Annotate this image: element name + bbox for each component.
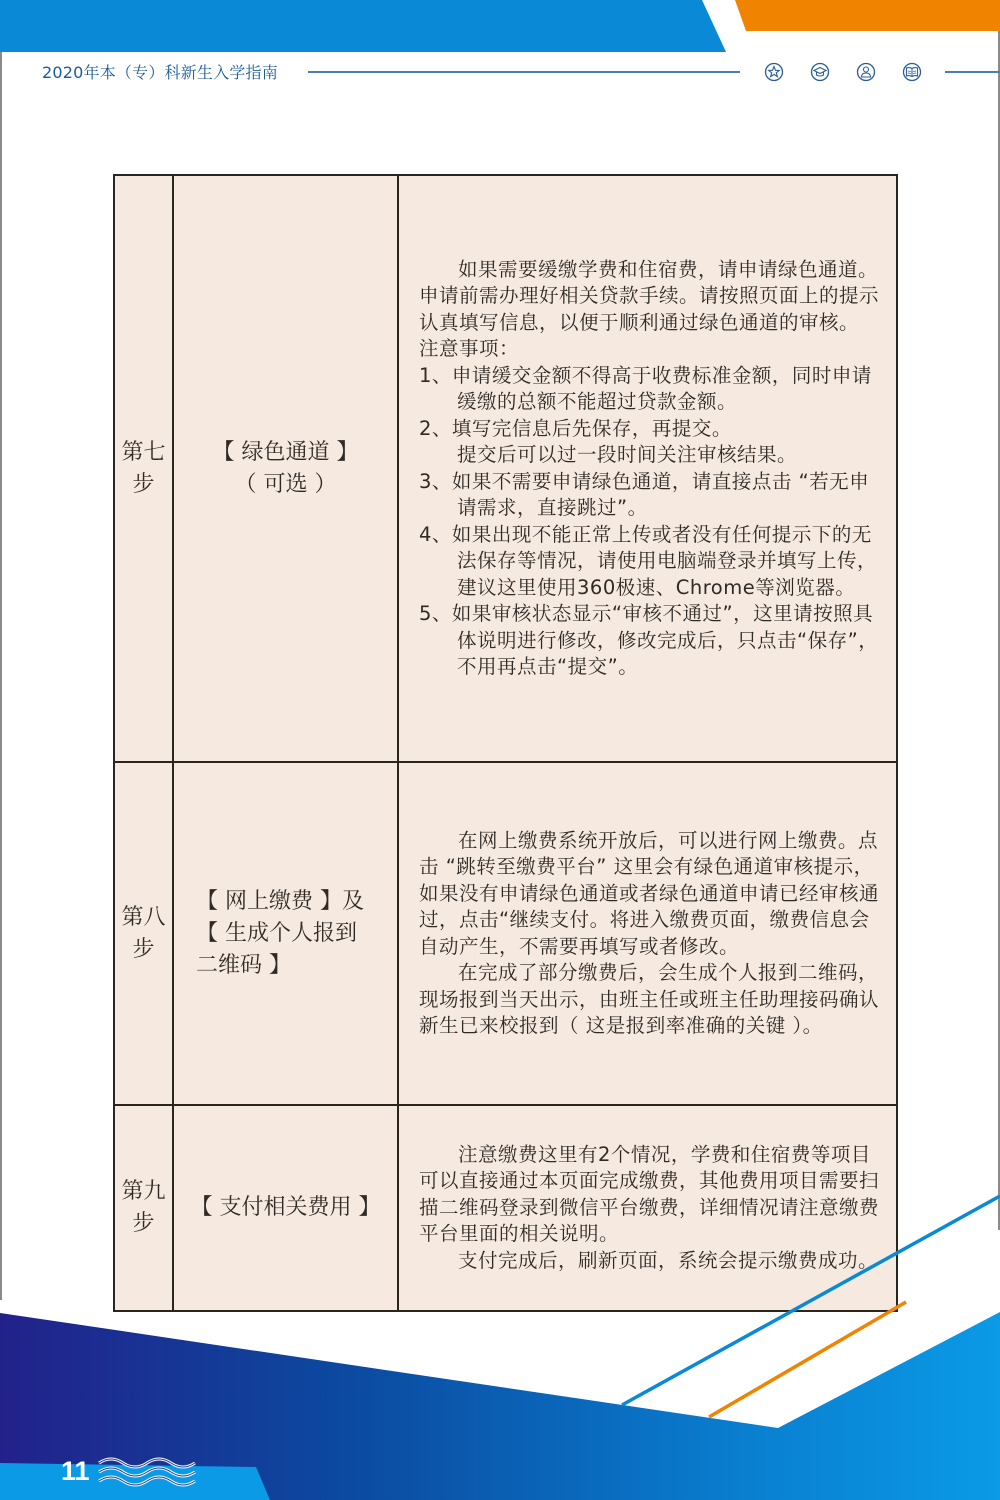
step-label-line: 步	[119, 934, 168, 966]
step-label: 第八 步	[114, 762, 173, 1105]
note-item: 2、填写完信息后先保存，再提交。	[419, 416, 884, 443]
note-item: 1、申请缓交金额不得高于收费标准金额，同时申请缓缴的总额不能超过贷款金额。	[419, 363, 884, 416]
table-row-step-7: 第七 步 【 绿色通道 】 （ 可选 ） 如果需要缓缴学费和住宿费，请申请绿色通…	[114, 175, 897, 762]
header-divider-right	[945, 71, 1000, 73]
note-item: 3、如果不需要申请绿色通道，请直接点击 “若无申请需求，直接跳过”。	[419, 469, 884, 522]
step-title-line: 二维码 】	[196, 950, 387, 982]
note-item: 4、如果出现不能正常上传或者没有任何提示下的无法保存等情况，请使用电脑端登录并填…	[419, 522, 884, 602]
description-paragraph: 在完成了部分缴费后，会生成个人报到二维码，现场报到当天出示，由班主任或班主任助理…	[419, 960, 884, 1040]
step-label: 第七 步	[114, 175, 173, 762]
step-title-line: 【 绿色通道 】	[184, 437, 387, 469]
star-icon	[764, 62, 784, 82]
person-icon	[856, 62, 876, 82]
header-divider	[308, 71, 740, 73]
enrollment-steps-table: 第七 步 【 绿色通道 】 （ 可选 ） 如果需要缓缴学费和住宿费，请申请绿色通…	[113, 174, 898, 1312]
notes-heading: 注意事项：	[419, 336, 884, 363]
page-number: 11	[61, 1456, 90, 1487]
page-border-left	[0, 50, 2, 1300]
waves-icon	[97, 1455, 197, 1489]
step-title-line: 【 生成个人报到	[196, 918, 387, 950]
note-continuation: 提交后可以过一段时间关注审核结果。	[419, 442, 884, 469]
table-row-step-8: 第八 步 【 网上缴费 】及 【 生成个人报到 二维码 】 在网上缴费系统开放后…	[114, 762, 897, 1105]
graduation-cap-icon	[810, 62, 830, 82]
header-icon-group	[764, 62, 922, 82]
step-label-line: 第八	[119, 902, 168, 934]
step-label-line: 第七	[119, 437, 168, 469]
description-paragraph: 如果需要缓缴学费和住宿费，请申请绿色通道。申请前需办理好相关贷款手续。请按照页面…	[419, 257, 884, 337]
guide-title: 2020年本（专）科新生入学指南	[42, 60, 278, 83]
page-header: 2020年本（专）科新生入学指南	[0, 58, 1000, 88]
step-description: 如果需要缓缴学费和住宿费，请申请绿色通道。申请前需办理好相关贷款手续。请按照页面…	[398, 175, 897, 762]
step-title-line: （ 可选 ）	[184, 469, 387, 501]
step-title: 【 绿色通道 】 （ 可选 ）	[173, 175, 398, 762]
step-description: 在网上缴费系统开放后，可以进行网上缴费。点击 “跳转至缴费平台” 这里会有绿色通…	[398, 762, 897, 1105]
book-icon	[902, 62, 922, 82]
step-label-line: 步	[119, 469, 168, 501]
step-title: 【 网上缴费 】及 【 生成个人报到 二维码 】	[173, 762, 398, 1105]
step-title-line: 【 网上缴费 】及	[196, 886, 387, 918]
note-item: 5、如果审核状态显示“审核不通过”，这里请按照具体说明进行修改，修改完成后，只点…	[419, 601, 884, 681]
description-paragraph: 在网上缴费系统开放后，可以进行网上缴费。点击 “跳转至缴费平台” 这里会有绿色通…	[419, 828, 884, 961]
top-banner-decoration	[0, 0, 1000, 60]
